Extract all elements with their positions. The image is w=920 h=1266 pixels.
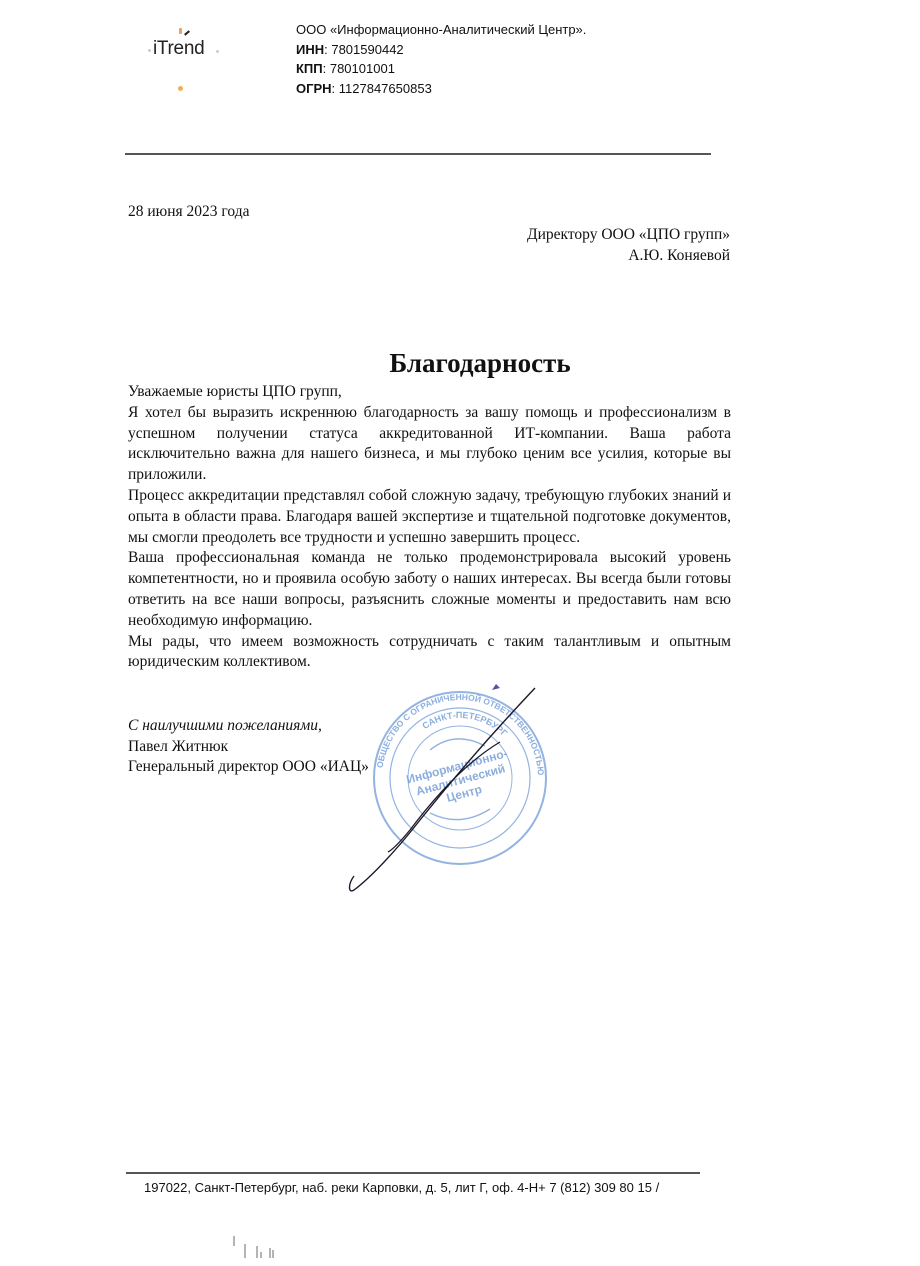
salutation: Уважаемые юристы ЦПО групп,: [128, 382, 731, 403]
kpp-label: КПП: [296, 61, 323, 76]
addressee-name: А.Ю. Коняевой: [527, 245, 730, 266]
ogrn-label: ОГРН: [296, 81, 332, 96]
closing-wish: С наилучшими пожеланиями,: [128, 716, 369, 737]
body-paragraph: Я хотел бы выразить искреннюю благодарно…: [128, 403, 731, 486]
logo-accent-stroke: [184, 30, 190, 35]
logo-dot: [216, 50, 219, 53]
footer-divider: [126, 1172, 700, 1174]
signer-name: Павел Житнюк: [128, 737, 369, 758]
company-name: ООО «Информационно-Аналитический Центр».: [296, 20, 586, 40]
company-details: ООО «Информационно-Аналитический Центр».…: [296, 20, 586, 98]
body-paragraph: Процесс аккредитации представлял собой с…: [128, 486, 731, 548]
inn-value: : 7801590442: [324, 42, 404, 57]
logo-text: iTrend: [153, 38, 204, 60]
logo-dot-orange: [178, 86, 183, 91]
kpp-line: КПП: 780101001: [296, 59, 586, 79]
scan-artifacts: [225, 1232, 305, 1262]
ogrn-line: ОГРН: 1127847650853: [296, 79, 586, 99]
header-divider: [125, 153, 711, 155]
inn-line: ИНН: 7801590442: [296, 40, 586, 60]
letter-title: Благодарность: [0, 348, 920, 379]
logo-accent-mark: [179, 28, 182, 34]
body-paragraph: Мы рады, что имеем возможность сотруднич…: [128, 632, 731, 674]
addressee-block: Директору ООО «ЦПО групп» А.Ю. Коняевой: [527, 224, 730, 266]
handwritten-signature: [340, 680, 550, 900]
body-paragraph: Ваша профессиональная команда не только …: [128, 548, 731, 631]
footer-address: 197022, Санкт-Петербург, наб. реки Карпо…: [144, 1180, 659, 1195]
signer-title: Генеральный директор ООО «ИАЦ»: [128, 757, 369, 778]
inn-label: ИНН: [296, 42, 324, 57]
logo-dot: [148, 49, 151, 52]
kpp-value: : 780101001: [323, 61, 395, 76]
addressee-position: Директору ООО «ЦПО групп»: [527, 224, 730, 245]
closing-block: С наилучшими пожеланиями, Павел Житнюк Г…: [128, 716, 369, 778]
ogrn-value: : 1127847650853: [332, 81, 432, 96]
letter-body: Уважаемые юристы ЦПО групп, Я хотел бы в…: [128, 382, 731, 673]
company-logo: iTrend: [148, 28, 228, 98]
letter-date: 28 июня 2023 года: [128, 203, 249, 221]
